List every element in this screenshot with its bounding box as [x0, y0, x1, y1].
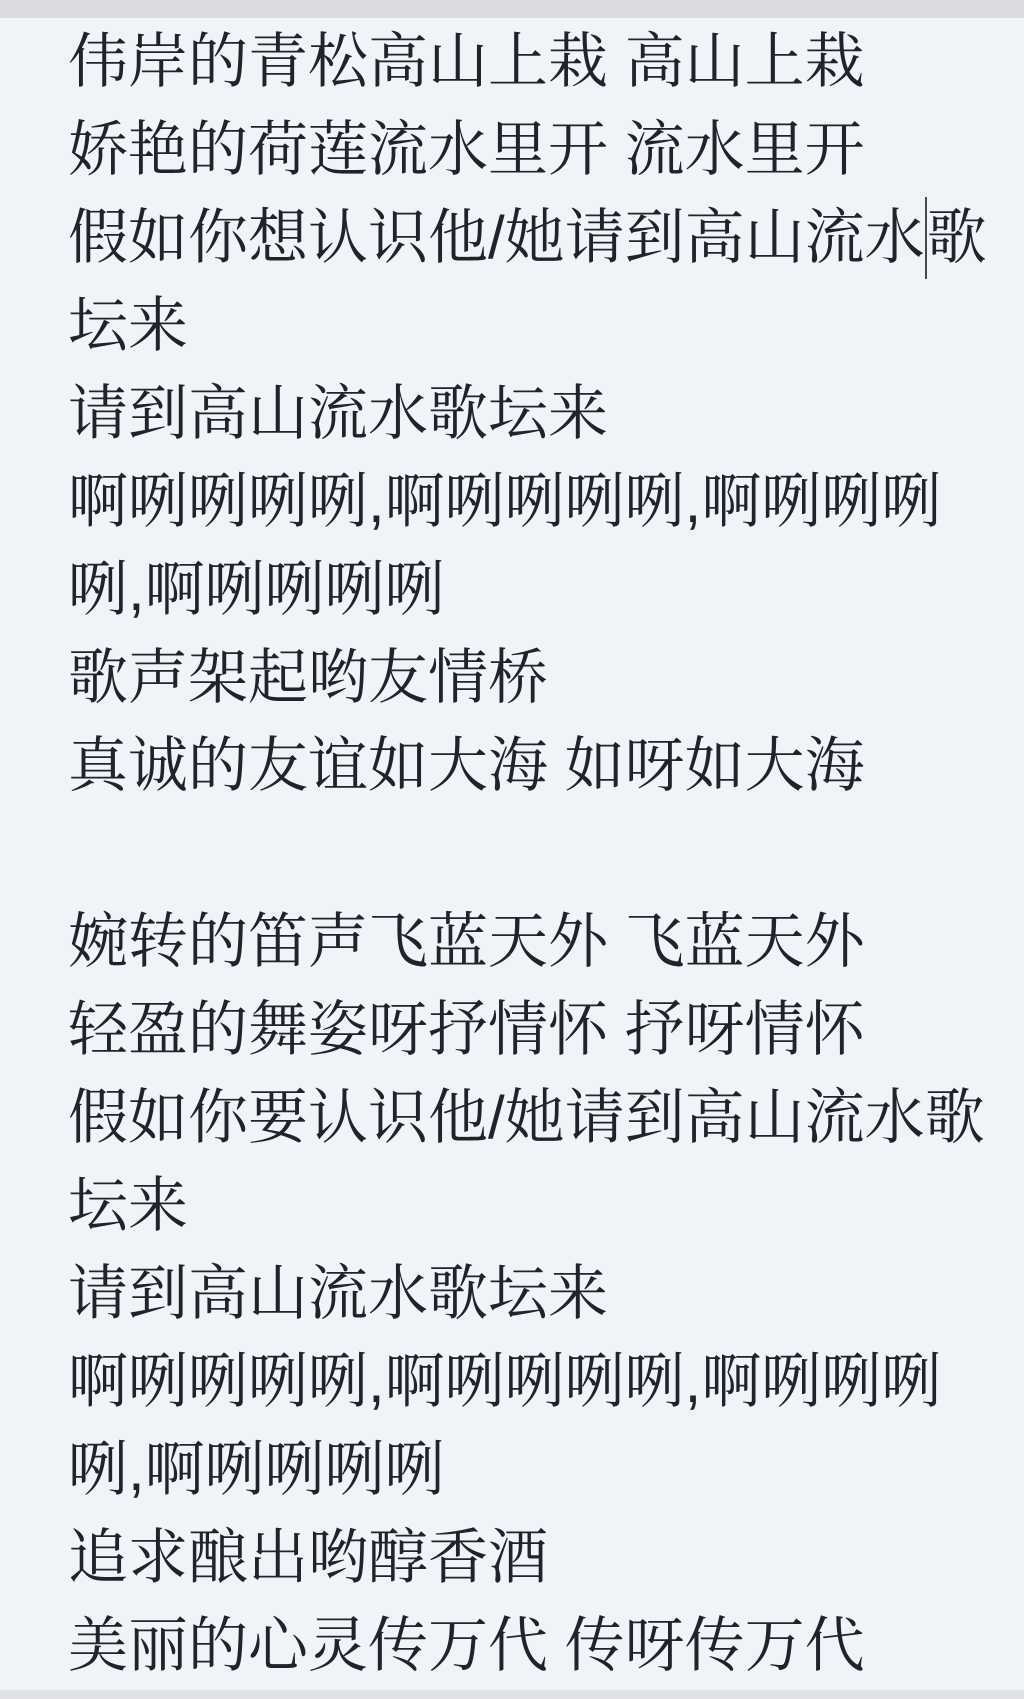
top-panel-edge: [0, 0, 1024, 18]
lyrics-editor-screen: 伟岸的青松高山上栽 高山上栽 娇艳的荷莲流水里开 流水里开 假如你想认识他/她请…: [0, 0, 1024, 1699]
lyric-line[interactable]: 咧,啊咧咧咧咧: [68, 546, 1018, 634]
lyric-line[interactable]: 咧,啊咧咧咧咧: [68, 1426, 1018, 1514]
lyric-line[interactable]: 歌声架起哟友情桥: [68, 634, 1018, 722]
lyric-line[interactable]: 坛来: [68, 1162, 1018, 1250]
lyric-line[interactable]: 轻盈的舞姿呀抒情怀 抒呀情怀: [68, 986, 1018, 1074]
lyric-line[interactable]: 坛来: [68, 282, 1018, 370]
lyric-line-blank[interactable]: [68, 810, 1018, 898]
lyric-line[interactable]: 啊咧咧咧咧,啊咧咧咧咧,啊咧咧咧: [68, 458, 1018, 546]
lyric-line[interactable]: 美丽的心灵传万代 传呀传万代: [68, 1602, 1018, 1690]
lyric-line[interactable]: 假如你要认识他/她请到高山流水歌: [68, 1074, 1018, 1162]
lyric-line[interactable]: 追求酿出哟醇香酒: [68, 1514, 1018, 1602]
lyric-line[interactable]: 伟岸的青松高山上栽 高山上栽: [68, 18, 1018, 106]
lyric-line[interactable]: 真诚的友谊如大海 如呀如大海: [68, 722, 1018, 810]
lyric-line[interactable]: 请到高山流水歌坛来: [68, 370, 1018, 458]
lyric-line[interactable]: 啊咧咧咧咧,啊咧咧咧咧,啊咧咧咧: [68, 1338, 1018, 1426]
bottom-panel-edge: [0, 1690, 1024, 1699]
caret-line-suffix: 歌: [927, 204, 987, 271]
lyric-line-with-caret[interactable]: 假如你想认识他/她请到高山流水歌: [68, 194, 1018, 282]
caret-line-prefix: 假如你想认识他/她请到高山流水: [68, 204, 925, 271]
lyric-line[interactable]: 请到高山流水歌坛来: [68, 1250, 1018, 1338]
lyric-line[interactable]: 婉转的笛声飞蓝天外 飞蓝天外: [68, 898, 1018, 986]
lyrics-text-area[interactable]: 伟岸的青松高山上栽 高山上栽 娇艳的荷莲流水里开 流水里开 假如你想认识他/她请…: [0, 18, 1024, 1690]
lyric-line[interactable]: 娇艳的荷莲流水里开 流水里开: [68, 106, 1018, 194]
